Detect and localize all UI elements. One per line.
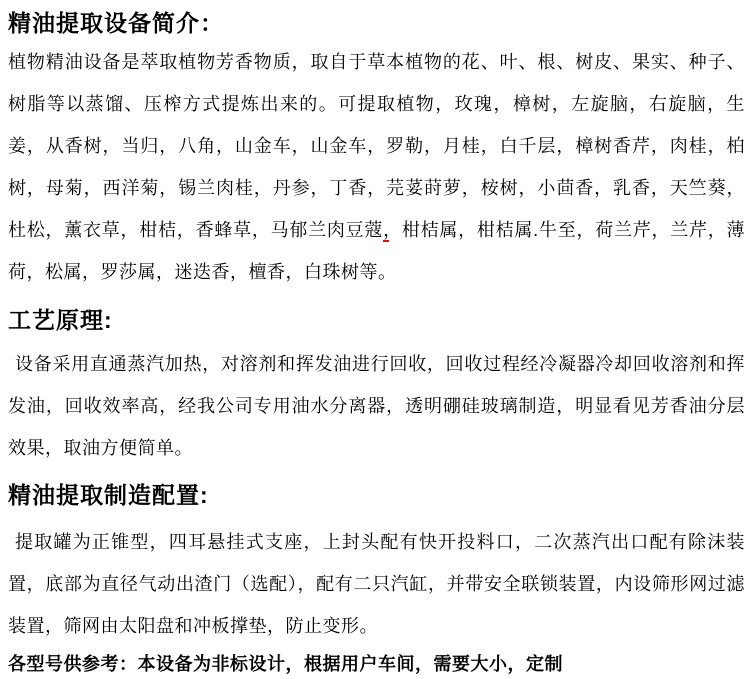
- section-intro-body: 植物精油设备是萃取植物芳香物质，取自于草本植物的花、叶、根、树皮、果实、种子、树…: [8, 41, 745, 293]
- section-configuration-heading: 精油提取制造配置:: [8, 480, 745, 510]
- spellcheck-underline: [383, 240, 389, 242]
- footer-note: 各型号供参考：本设备为非标设计，根据用户车间，需要大小，定制: [8, 649, 745, 679]
- section-principle-body: 设备采用直通蒸汽加热，对溶剂和挥发油进行回收，回收过程经冷凝器冷却回收溶剂和挥发…: [8, 343, 745, 469]
- document-page: 精油提取设备简介： 植物精油设备是萃取植物芳香物质，取自于草本植物的花、叶、根、…: [0, 0, 750, 679]
- section-intro-heading: 精油提取设备简介：: [8, 8, 745, 38]
- section-principle-heading: 工艺原理:: [8, 305, 745, 335]
- section-configuration-body: 提取罐为正锥型，四耳悬挂式支座，上封头配有快开投料口，二次蒸汽出口配有除沫装置，…: [8, 521, 745, 647]
